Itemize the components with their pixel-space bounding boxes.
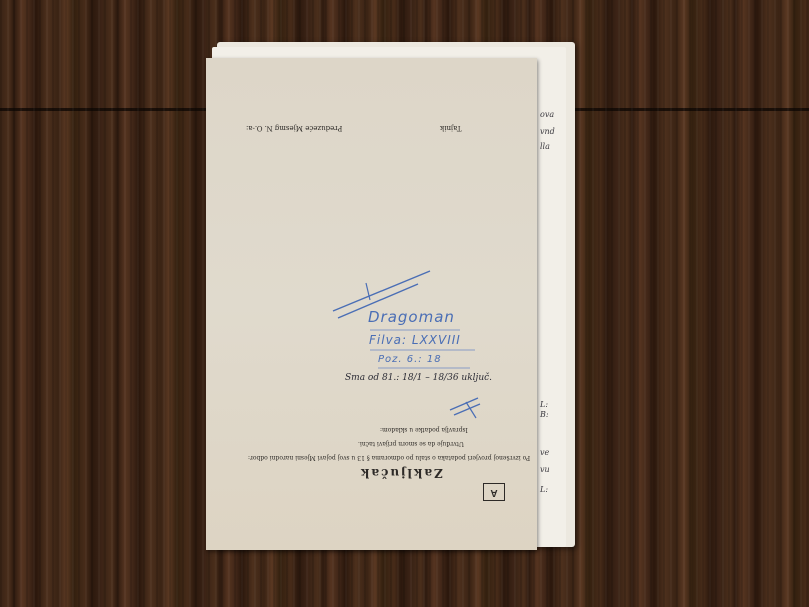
handwritten-name: Dragoman [368,308,455,326]
handwritten-position: Poz. 6.: 18 [378,354,442,365]
handwritten-range: Sma od 81.: 18/1 – 18/36 uključ. [345,373,492,383]
handwritten-fascicle: Filva: LXXVIII [369,333,461,347]
blue-pencil-strokes [0,0,809,607]
